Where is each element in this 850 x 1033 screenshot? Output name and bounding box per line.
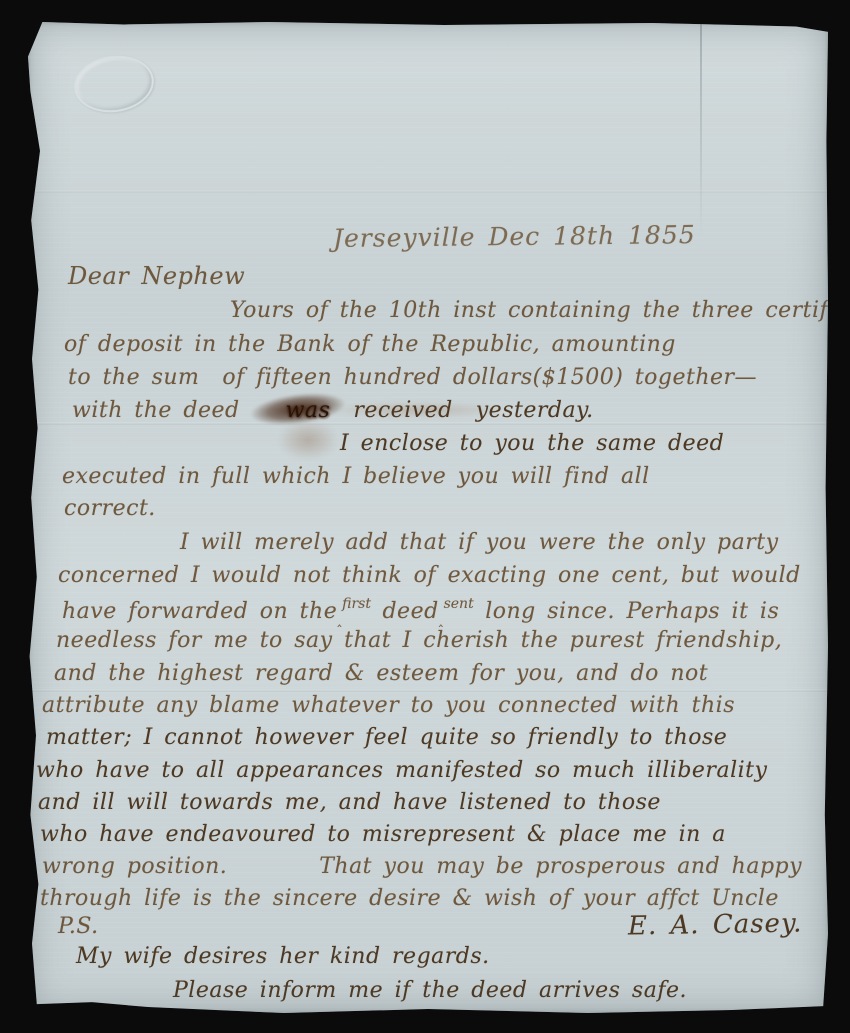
body-line: I enclose to you the same deed [340,431,724,456]
insertion-line-mid: deed [371,599,439,624]
dateline: Jerseyville Dec 18th 1855 [333,220,696,253]
blot-line-post: received yesterday. [330,398,593,423]
caret-mark: ‸ [439,613,444,628]
blot-line-pre: with the deed [72,398,286,423]
body-line: to the sum of fifteen hundred dollars($1… [68,365,757,390]
body-line: needless for me to say that I cherish th… [56,628,782,653]
postscript-line: My wife desires her kind regards. [76,944,490,969]
postscript-line: Please inform me if the deed arrives saf… [173,978,687,1003]
body-line: attribute any blame whatever to you conn… [42,693,735,718]
letter-page: Jerseyville Dec 18th 1855 Dear Nephew Yo… [28,22,828,1013]
body-line: matter; I cannot however feel quite so f… [46,725,727,750]
body-line: and ill will towards me, and have listen… [38,790,661,815]
body-line: correct. [64,496,156,521]
insertion-line-pre: have forwarded on the [62,599,337,624]
body-line: and the highest regard & esteem for you,… [54,661,708,686]
body-line: through life is the sincere desire & wis… [40,886,779,911]
vertical-fold-crease [700,22,702,237]
body-line: wrong position. That you may be prospero… [42,854,802,879]
body-line: who have endeavoured to misrepresent & p… [40,822,726,847]
embossed-seal [70,51,157,118]
caret-mark: ‸ [337,613,342,628]
body-line: concerned I would not think of exacting … [58,563,801,588]
insertion-word-first: first [342,596,371,612]
signature: E. A. Casey. [628,908,803,941]
blotted-word: was [286,398,331,423]
body-line: who have to all appearances manifested s… [36,758,767,783]
horizontal-fold-crease-1 [28,190,828,193]
body-line: I will merely add that if you were the o… [180,530,779,555]
body-line-with-blot: with the deed was received yesterday. [72,398,594,423]
paper-stain [278,420,338,460]
salutation: Dear Nephew [68,262,245,290]
horizontal-fold-crease-3 [28,689,828,692]
body-line: of deposit in the Bank of the Republic, … [64,332,676,357]
body-line: Yours of the 10th inst containing the th… [230,298,850,323]
postscript-marker: P.S. [58,914,99,939]
body-line: executed in full which I believe you wil… [62,464,650,489]
insertion-line-post: long since. Perhaps it is [474,599,780,624]
body-line-with-insertions: have forwarded on the‸first deed‸sent lo… [62,596,779,628]
insertion-word-sent: sent [444,596,474,612]
